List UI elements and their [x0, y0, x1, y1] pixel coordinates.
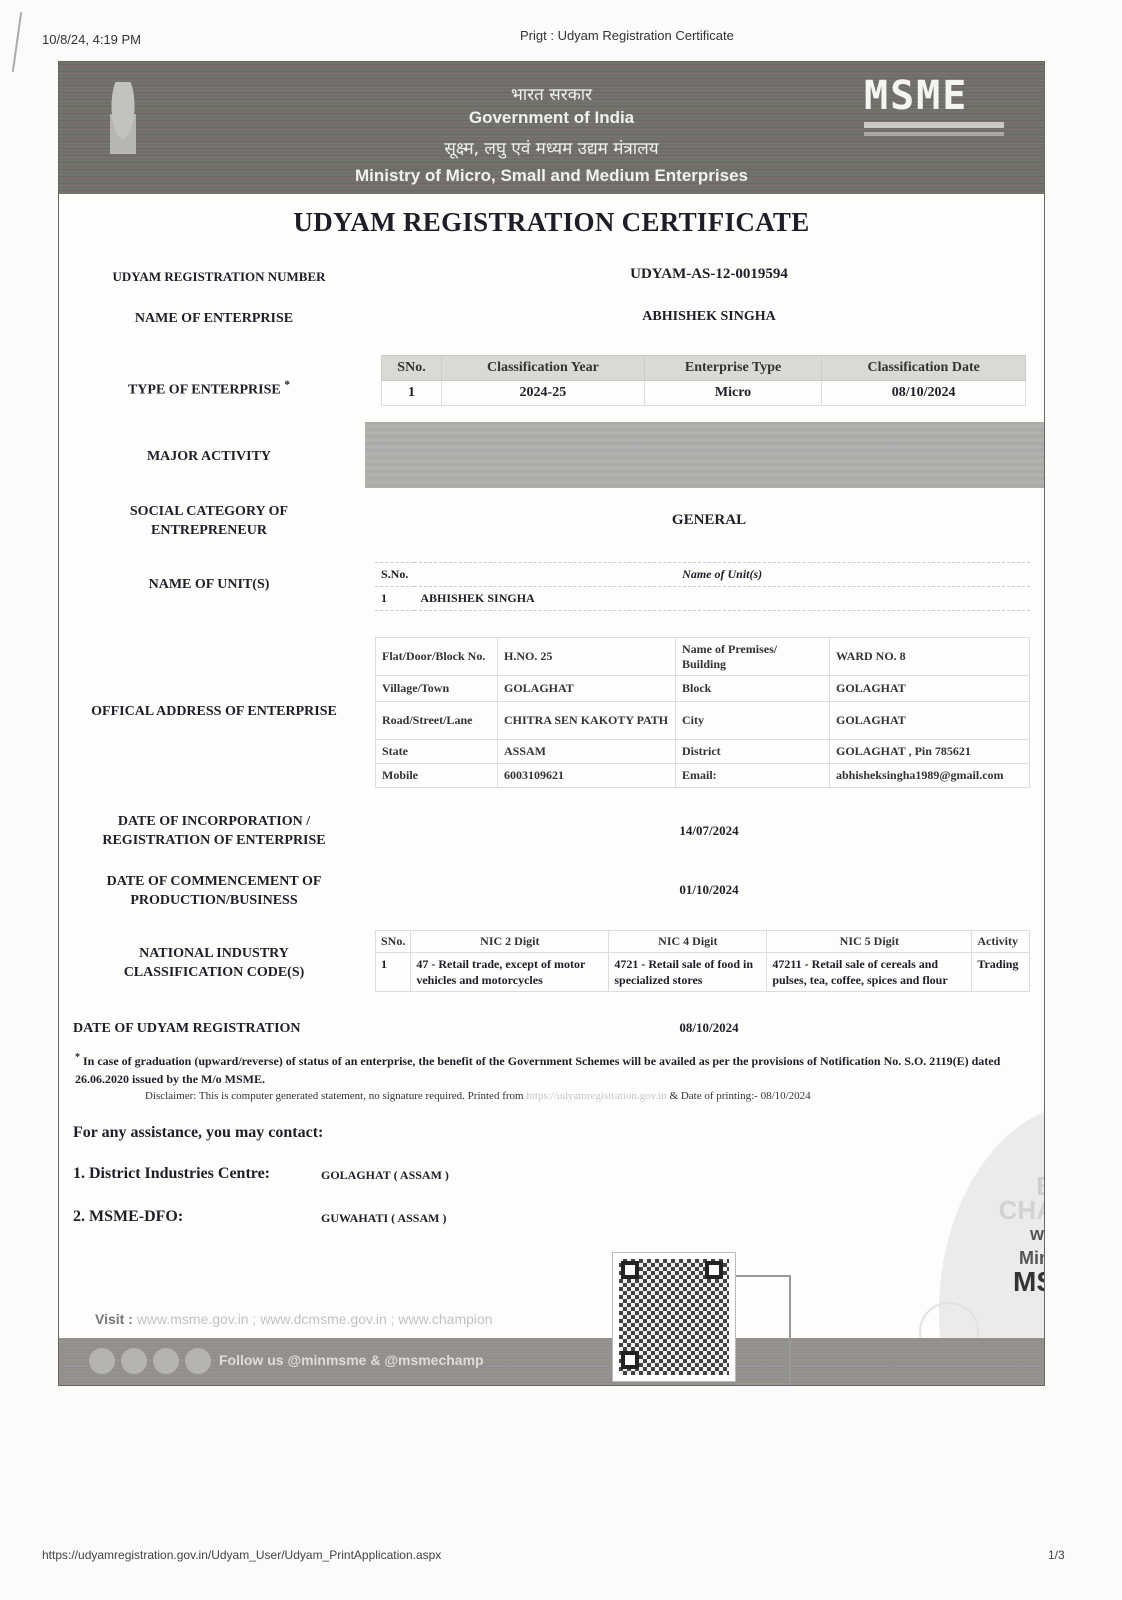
msme-logo-tagline-2: [864, 132, 1004, 136]
cell-value: 6003109621: [498, 764, 676, 788]
cell-classification-date: 08/10/2024: [822, 381, 1026, 406]
table-row: 1 ABHISHEK SINGHA: [375, 587, 1030, 611]
dic-label: 1. District Industries Centre:: [73, 1165, 270, 1183]
table-row: 1 2024-25 Micro 08/10/2024: [382, 381, 1026, 406]
cell-key: Email:: [676, 764, 830, 788]
disclaimer-prefix: Disclaimer: This is computer generated s…: [145, 1090, 524, 1102]
major-activity-label: MAJOR ACTIVITY: [99, 447, 319, 466]
certificate: भारत सरकार Government of India सूक्ष्म, …: [58, 61, 1045, 1386]
print-title: Prigt : Udyam Registration Certificate: [520, 28, 734, 43]
registration-number-label: UDYAM REGISTRATION NUMBER: [79, 267, 359, 286]
udyam-date-value: 08/10/2024: [559, 1020, 859, 1036]
twitter-icon: [121, 1348, 147, 1374]
cell-value: GOLAGHAT , Pin 785621: [830, 740, 1030, 764]
msme-logo-word: MSME: [864, 76, 1014, 116]
col-nic2: NIC 2 Digit: [411, 931, 609, 953]
col-enterprise-type: Enterprise Type: [644, 356, 822, 381]
cell-key: Block: [676, 676, 830, 702]
cell-key: Mobile: [376, 764, 498, 788]
table-row: Mobile 6003109621 Email: abhisheksingha1…: [376, 764, 1030, 788]
table-header-row: SNo. Classification Year Enterprise Type…: [382, 356, 1026, 381]
dic-value: GOLAGHAT ( ASSAM ): [321, 1168, 449, 1183]
cell-unit-name: ABHISHEK SINGHA: [414, 587, 1030, 611]
cell-value: GOLAGHAT: [830, 676, 1030, 702]
col-nic5: NIC 5 Digit: [767, 931, 972, 953]
cell-value: CHITRA SEN KAKOTY PATH: [498, 702, 676, 740]
major-activity-redacted: [365, 422, 1045, 488]
social-bar: Follow us @minmsme & @msmechamp: [59, 1338, 1044, 1386]
assistance-heading: For any assistance, you may contact:: [73, 1124, 323, 1142]
print-url: https://udyamregistration.gov.in/Udyam_U…: [42, 1548, 441, 1562]
msme-dfo-value: GUWAHATI ( ASSAM ): [321, 1211, 446, 1226]
cell-value: ASSAM: [498, 740, 676, 764]
col-classification-year: Classification Year: [442, 356, 645, 381]
certificate-title: UDYAM REGISTRATION CERTIFICATE: [59, 207, 1044, 238]
enterprise-name-label: NAME OF ENTERPRISE: [79, 309, 349, 328]
col-activity: Activity: [972, 931, 1030, 953]
print-timestamp: 10/8/24, 4:19 PM: [42, 32, 141, 47]
incorporation-label-1: DATE OF INCORPORATION /: [79, 812, 349, 831]
qr-finder-icon: [621, 1351, 639, 1369]
instagram-icon: [153, 1348, 179, 1374]
cell-nic2: 47 - Retail trade, except of motor vehic…: [411, 953, 609, 992]
table-row: 1 47 - Retail trade, except of motor veh…: [376, 953, 1030, 992]
nic-label: NATIONAL INDUSTRY CLASSIFICATION CODE(S): [79, 944, 349, 982]
graduation-note: * In case of graduation (upward/reverse)…: [75, 1049, 1035, 1088]
visit-label: Visit :: [95, 1311, 133, 1327]
col-sno: SNo.: [382, 356, 442, 381]
col-sno: S.No.: [375, 563, 414, 587]
cell-value: GOLAGHAT: [830, 702, 1030, 740]
msme-logo: MSME: [864, 76, 1014, 146]
enterprise-type-label: TYPE OF ENTERPRISE *: [99, 375, 319, 400]
cell-key: Road/Street/Lane: [376, 702, 498, 740]
disclaimer: Disclaimer: This is computer generated s…: [145, 1090, 811, 1102]
msme-logo-tagline: [864, 122, 1004, 128]
asterisk-marker: *: [75, 1052, 80, 1063]
cell-nic5: 47211 - Retail sale of cereals and pulse…: [767, 953, 972, 992]
qr-code: [612, 1252, 736, 1382]
enterprise-type-table: SNo. Classification Year Enterprise Type…: [381, 355, 1026, 406]
champions-line-5: MS: [995, 1270, 1045, 1294]
champions-line-3: wit: [995, 1222, 1045, 1246]
social-category-label: SOCIAL CATEGORY OF ENTREPRENEUR: [99, 502, 319, 540]
cell-activity: Trading: [972, 953, 1030, 992]
champions-text: B CHA wit Mini MS: [995, 1174, 1045, 1294]
asterisk-marker: *: [284, 378, 290, 391]
graduation-note-text: In case of graduation (upward/reverse) o…: [75, 1054, 1000, 1086]
address-label: OFFICAL ADDRESS OF ENTERPRISE: [69, 702, 359, 721]
champions-line-2: CHA: [995, 1198, 1045, 1222]
print-header: 10/8/24, 4:19 PM Prigt : Udyam Registrat…: [0, 28, 1122, 48]
table-row: Road/Street/Lane CHITRA SEN KAKOTY PATH …: [376, 702, 1030, 740]
nic-label-1: NATIONAL INDUSTRY: [79, 944, 349, 963]
qr-finder-icon: [621, 1261, 639, 1279]
cell-value: GOLAGHAT: [498, 676, 676, 702]
table-row: Village/Town GOLAGHAT Block GOLAGHAT: [376, 676, 1030, 702]
youtube-icon: [185, 1348, 211, 1374]
cell-sno: 1: [382, 381, 442, 406]
visit-urls[interactable]: www.msme.gov.in ; www.dcmsme.gov.in ; ww…: [137, 1311, 493, 1327]
incorporation-label: DATE OF INCORPORATION / REGISTRATION OF …: [79, 812, 349, 850]
enterprise-type-label-text: TYPE OF ENTERPRISE: [128, 383, 281, 398]
qr-finder-icon: [705, 1261, 723, 1279]
registration-number-value: UDYAM-AS-12-0019594: [559, 266, 859, 283]
cell-classification-year: 2024-25: [442, 381, 645, 406]
commencement-label-1: DATE OF COMMENCEMENT OF: [79, 872, 349, 891]
udyam-date-label: DATE OF UDYAM REGISTRATION: [73, 1019, 353, 1038]
table-row: Flat/Door/Block No. H.NO. 25 Name of Pre…: [376, 638, 1030, 676]
units-table: S.No. Name of Unit(s) 1 ABHISHEK SINGHA: [375, 562, 1030, 611]
cell-key: Name of Premises/ Building: [676, 638, 830, 676]
table-header-row: SNo. NIC 2 Digit NIC 4 Digit NIC 5 Digit…: [376, 931, 1030, 953]
facebook-icon: [89, 1348, 115, 1374]
qr-bracket: [736, 1275, 791, 1385]
col-classification-date: Classification Date: [822, 356, 1026, 381]
banner-ministry: Ministry of Micro, Small and Medium Ente…: [59, 166, 1044, 186]
ministry-banner: भारत सरकार Government of India सूक्ष्म, …: [59, 62, 1044, 194]
incorporation-value: 14/07/2024: [559, 823, 859, 839]
col-nic4: NIC 4 Digit: [609, 931, 767, 953]
social-category-value: GENERAL: [559, 512, 859, 529]
cell-key: District: [676, 740, 830, 764]
cell-email: abhisheksingha1989@gmail.com: [830, 764, 1030, 788]
social-handles: Follow us @minmsme & @msmechamp: [219, 1352, 484, 1368]
cell-key: Flat/Door/Block No.: [376, 638, 498, 676]
social-category-label-1: SOCIAL CATEGORY OF: [99, 502, 319, 521]
cell-value: WARD NO. 8: [830, 638, 1030, 676]
incorporation-label-2: REGISTRATION OF ENTERPRISE: [79, 831, 349, 850]
commencement-label: DATE OF COMMENCEMENT OF PRODUCTION/BUSIN…: [79, 872, 349, 910]
cell-sno: 1: [376, 953, 411, 992]
msme-dfo-label: 2. MSME-DFO:: [73, 1208, 183, 1226]
disclaimer-suffix: & Date of printing:- 08/10/2024: [670, 1090, 811, 1102]
nic-table: SNo. NIC 2 Digit NIC 4 Digit NIC 5 Digit…: [375, 930, 1030, 992]
units-label: NAME OF UNIT(S): [99, 575, 319, 594]
cell-key: Village/Town: [376, 676, 498, 702]
commencement-label-2: PRODUCTION/BUSINESS: [79, 891, 349, 910]
cell-key: State: [376, 740, 498, 764]
cell-enterprise-type: Micro: [644, 381, 822, 406]
social-category-label-2: ENTREPRENEUR: [99, 521, 319, 540]
visit-links: Visit : www.msme.gov.in ; www.dcmsme.gov…: [95, 1311, 493, 1327]
col-unit-name: Name of Unit(s): [414, 563, 1030, 587]
commencement-value: 01/10/2024: [559, 882, 859, 898]
table-header-row: S.No. Name of Unit(s): [375, 563, 1030, 587]
enterprise-name-value: ABHISHEK SINGHA: [559, 309, 859, 325]
cell-nic4: 4721 - Retail sale of food in specialize…: [609, 953, 767, 992]
address-table: Flat/Door/Block No. H.NO. 25 Name of Pre…: [375, 637, 1030, 788]
page-number: 1/3: [1048, 1548, 1065, 1562]
table-row: State ASSAM District GOLAGHAT , Pin 7856…: [376, 740, 1030, 764]
nic-label-2: CLASSIFICATION CODE(S): [79, 963, 349, 982]
col-sno: SNo.: [376, 931, 411, 953]
cell-value: H.NO. 25: [498, 638, 676, 676]
cell-key: City: [676, 702, 830, 740]
cell-sno: 1: [375, 587, 414, 611]
disclaimer-link[interactable]: https://udyamregistration.gov.in: [526, 1090, 666, 1102]
